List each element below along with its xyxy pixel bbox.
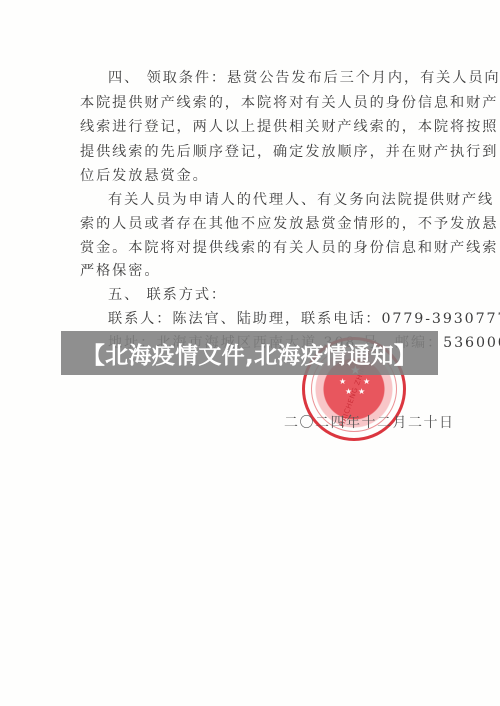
- section-heading: 五、 联系方式：: [108, 286, 227, 304]
- text-line: 索的人员或者存在其他不应发放悬赏金情形的，不予发放悬: [80, 215, 498, 233]
- text-line: 有关人员为申请人的代理人、有义务向法院提供财产线: [108, 191, 494, 209]
- text-line: 线索进行登记，两人以上提供相关财产线索的，本院将按照: [80, 118, 498, 136]
- text-line: 提供线索的先后顺序登记，确定发放顺序，并在财产执行到: [80, 143, 498, 161]
- title-banner: 【北海疫情文件,北海疫情通知】: [61, 331, 438, 375]
- text-line: 赏金。本院将对提供线索的有关人员的身份信息和财产线索: [80, 239, 498, 257]
- document-date: 二〇二四年十二月二十日: [284, 412, 455, 432]
- banner-title: 【北海疫情文件,北海疫情通知】: [82, 337, 417, 370]
- document-page: 四、 领取条件：悬赏公告发布后三个月内，有关人员向 本院提供财产线索的，本院将对…: [0, 0, 500, 706]
- text-line: 本院提供财产线索的，本院将对有关人员的身份信息和财产: [80, 94, 498, 112]
- text-line: 四、 领取条件：悬赏公告发布后三个月内，有关人员向: [108, 69, 500, 87]
- contact-line: 联系人：陈法官、陆助理，联系电话：0779-3930777，: [108, 310, 500, 328]
- text-line: 严格保密。: [80, 262, 160, 280]
- text-line: 位后发放悬赏金。: [80, 167, 209, 185]
